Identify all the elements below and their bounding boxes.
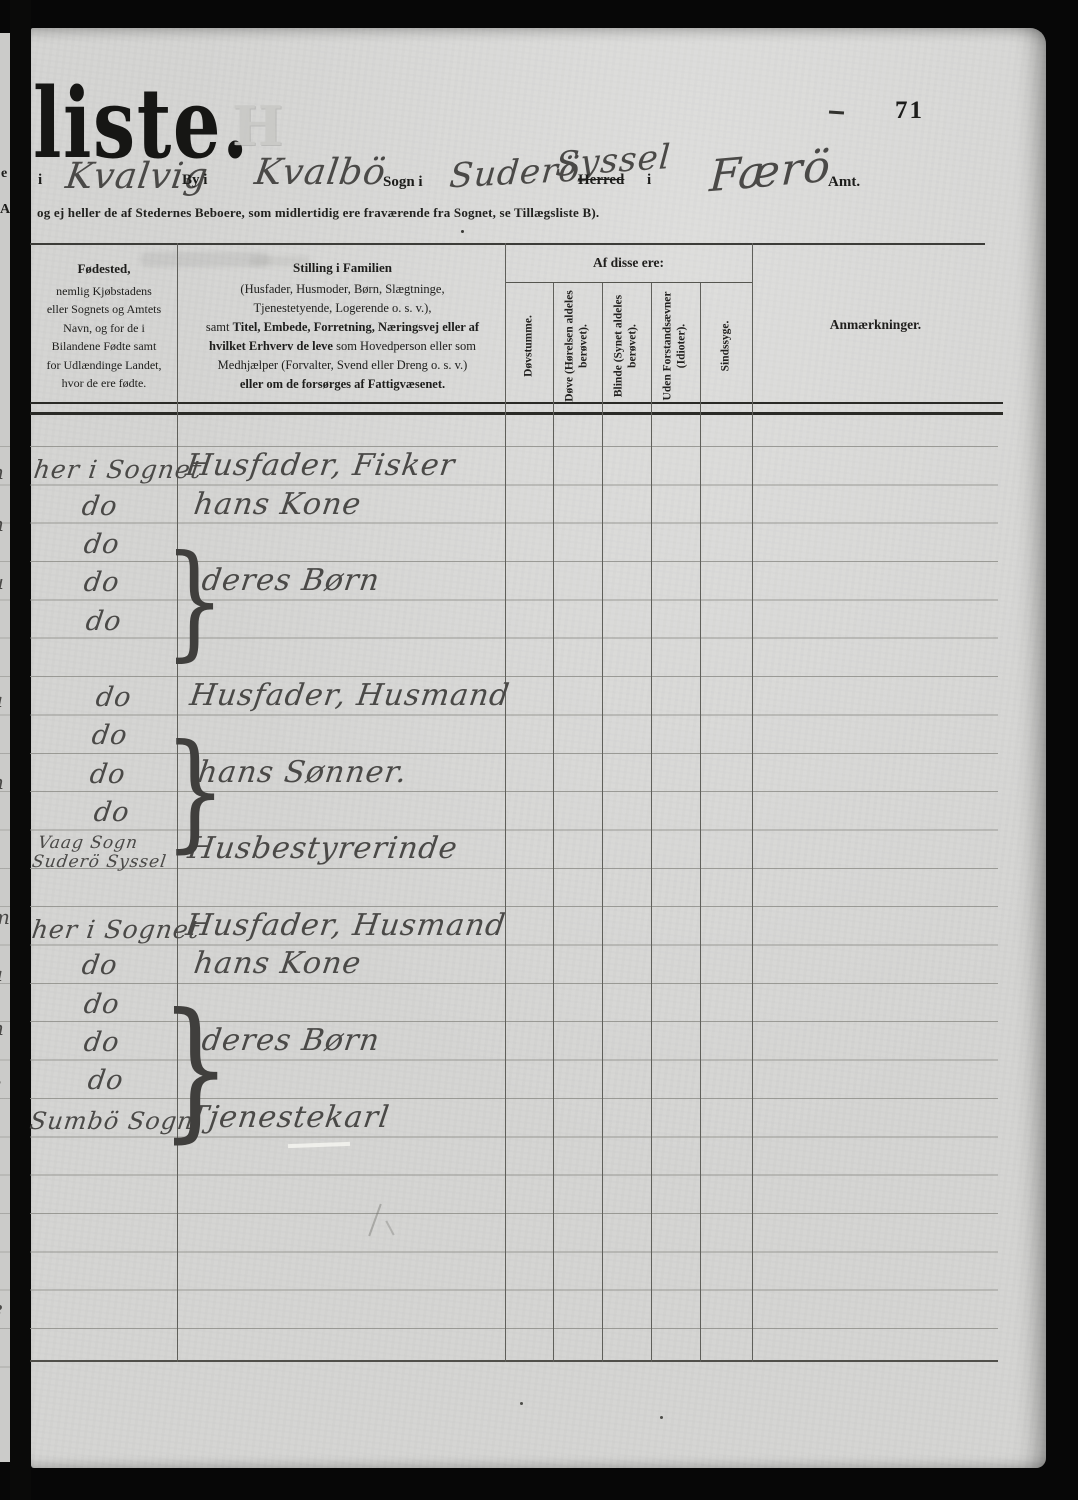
row-position: hans Sønner. <box>195 754 409 792</box>
header-double-rule <box>30 402 1003 415</box>
ink-speck <box>660 1416 663 1419</box>
row-birthplace-line2: Suderö Syssel <box>31 852 168 873</box>
position-column-header: Stilling i Familien (Husfader, Husmoder,… <box>181 258 504 394</box>
row-birthplace: do <box>80 490 120 524</box>
row-position: deres Børn <box>199 562 382 600</box>
row-position: hans Kone <box>191 945 363 983</box>
adjacent-page-sliver: e A, n n u i a n m a n s e <box>0 33 10 1462</box>
row-birthplace: do <box>86 1064 126 1098</box>
handwritten-brace: } <box>164 728 226 855</box>
table-bottom-border <box>30 1360 998 1362</box>
bleedthrough-letter: H <box>232 94 283 158</box>
book-gutter <box>10 0 31 1500</box>
bleedthrough-smudge <box>250 256 310 266</box>
edge-printed-fragment: e <box>1 166 7 182</box>
census-scan: e A, n n u i a n m a n s e liste. H 71 i… <box>0 0 1078 1500</box>
edge-cursive-fragment: s <box>0 1072 1 1096</box>
row-birthplace: do <box>82 1026 122 1060</box>
header-label-i: i <box>38 172 42 189</box>
header-label-i2: i <box>647 172 651 189</box>
row-birthplace: her i Sognet <box>32 454 204 485</box>
edge-cursive-fragment: e <box>0 1296 3 1320</box>
row-position: Husfader, Husmand <box>187 677 512 715</box>
table-top-border <box>30 243 985 245</box>
header-label-sogn: Sogn i <box>383 174 423 191</box>
header-place-sogn: Kvalbö <box>252 150 389 195</box>
ink-speck <box>520 1402 523 1405</box>
page-number: 71 <box>895 97 924 125</box>
row-birthplace: do <box>80 949 120 983</box>
edge-cursive-fragment: m <box>0 905 10 929</box>
header-note: og ej heller de af Stedernes Beboere, so… <box>37 205 599 221</box>
edge-cursive-fragment: a <box>0 688 3 712</box>
row-position: Husfader, Fisker <box>183 447 457 485</box>
disse-ere-header: Af disse ere: <box>505 255 752 271</box>
remarks-column-header: Anmærkninger. <box>753 317 998 333</box>
handwritten-brace: } <box>160 994 231 1145</box>
edge-cursive-fragment: n <box>0 460 4 484</box>
edge-cursive-fragment: n <box>0 512 4 536</box>
edge-printed-fragment: A, <box>0 202 10 218</box>
row-birthplace: do <box>92 796 132 830</box>
row-birthplace: do <box>82 566 122 600</box>
col-header-idiot: Uden Forstandsævner(Idioter). <box>662 280 689 412</box>
handwritten-brace: } <box>164 538 225 663</box>
divider-narrow-3 <box>651 283 652 1362</box>
edge-cursive-fragment: n <box>0 770 4 794</box>
header-place-amt: Færö <box>708 139 832 204</box>
ink-dot <box>461 230 464 233</box>
col-header-blind: Blinde (Synet aldelesberøvet). <box>613 280 640 412</box>
row-birthplace: do <box>84 605 124 639</box>
divider-narrow-2 <box>602 283 603 1362</box>
col-header-insane: Sindssyge. <box>719 280 733 412</box>
col-header-deaf: Døve (Hørelsen aldelesberøvet). <box>564 280 591 412</box>
birthplace-column-header: Fødested, nemlig Kjøbstadens eller Sogne… <box>31 260 177 393</box>
header-label-herred-struck: Herred <box>578 172 624 189</box>
edge-cursive-fragment: u <box>0 570 4 594</box>
header-label-by: By i <box>182 172 207 189</box>
divider-narrow-remarks <box>752 243 753 1362</box>
row-birthplace: do <box>90 719 130 753</box>
col-header-deaf-mute: Døvstumme. <box>522 280 536 412</box>
divider-narrow-4 <box>700 283 701 1362</box>
row-birthplace: do <box>94 681 134 715</box>
row-birthplace: her i Sognet <box>30 914 202 945</box>
edge-cursive-fragment: n <box>0 1016 4 1040</box>
header-label-amt: Amt. <box>828 174 860 191</box>
row-position: Husfader, Husmand <box>183 907 508 945</box>
divider-position-narrow <box>505 243 506 1362</box>
row-birthplace: do <box>82 528 122 562</box>
row-position: Husbestyrerinde <box>185 830 460 868</box>
divider-narrow-1 <box>553 283 554 1362</box>
row-position: hans Kone <box>191 486 363 524</box>
row-birthplace: do <box>82 988 122 1022</box>
edge-cursive-fragment: a <box>0 962 3 986</box>
row-birthplace: do <box>88 758 128 792</box>
